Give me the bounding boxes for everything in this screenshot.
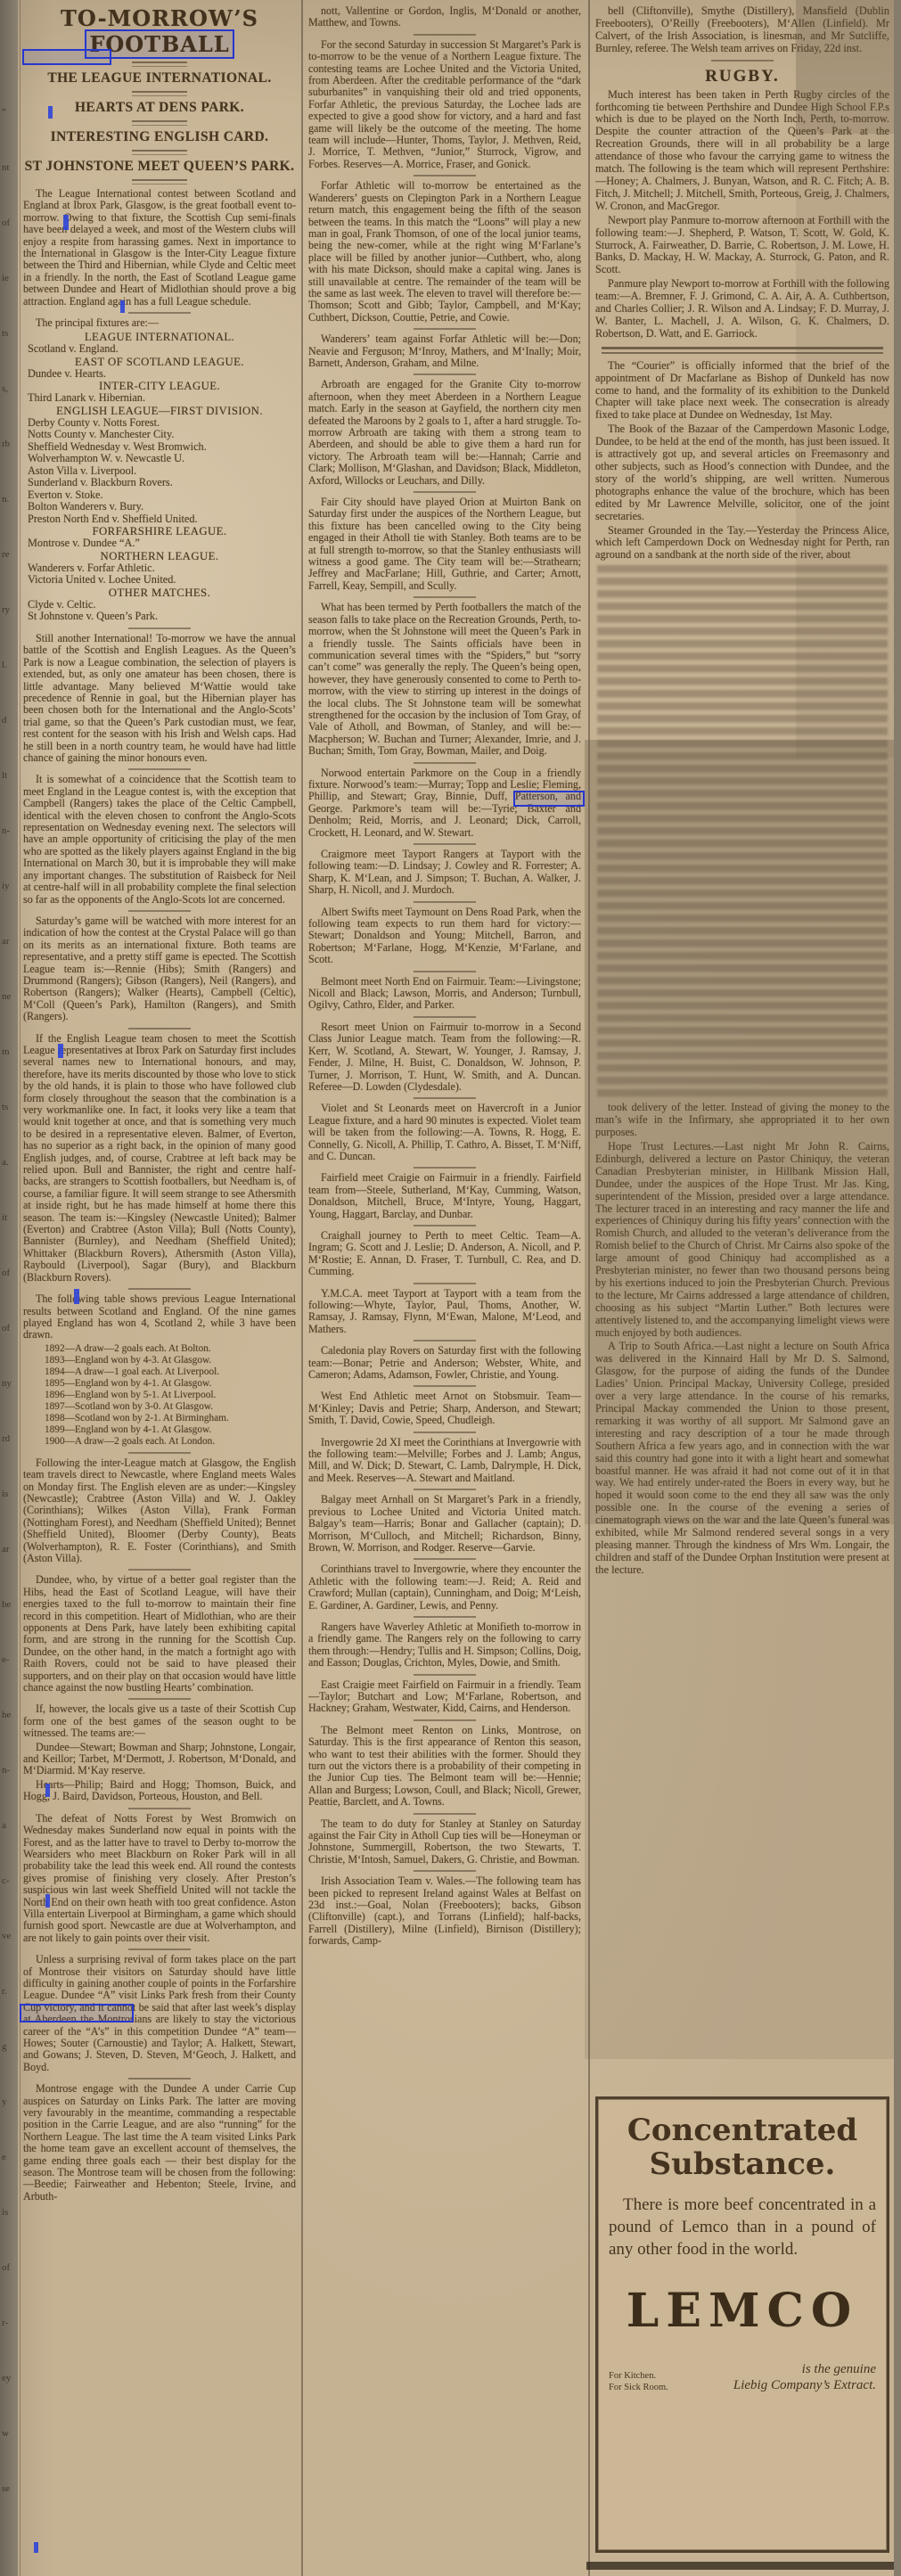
edge-text-fragment: it	[2, 1212, 7, 1223]
article-paragraph: Craigmore meet Tayport Rangers at Taypor…	[308, 849, 581, 897]
paragraph-divider	[414, 596, 476, 598]
search-highlight[interactable]	[34, 2542, 38, 2553]
ad-tagline-line1: is the genuine	[733, 2361, 876, 2377]
edge-text-fragment: nt	[2, 162, 10, 173]
subheadline: INTERESTING ENGLISH CARD.	[23, 129, 296, 145]
ad-footer: For Kitchen. For Sick Room. is the genui…	[609, 2361, 876, 2393]
paragraph-divider	[414, 762, 476, 764]
ad-heading-line1: Concentrated	[609, 2113, 876, 2147]
edge-text-fragment: r-	[2, 2318, 8, 2328]
headline-divider	[132, 91, 187, 96]
edge-text-fragment: n.	[2, 494, 9, 505]
league-heading: NORTHERN LEAGUE.	[23, 550, 296, 562]
result-line: 1892—A draw—2 goals each. At Bolton.	[23, 1343, 296, 1355]
edge-text-fragment: s,	[2, 383, 8, 394]
article-paragraph: The League International contest between…	[23, 188, 296, 308]
edge-text-fragment: of	[2, 217, 10, 228]
article-paragraph: Arbroath are engaged for the Granite Cit…	[308, 379, 581, 487]
search-highlight[interactable]	[45, 1784, 50, 1797]
article-paragraph: Albert Swifts meet Taymount on Dens Road…	[308, 907, 581, 966]
paragraph-divider	[414, 1432, 476, 1433]
edge-text-fragment: w	[2, 2428, 9, 2439]
article-paragraph: Dundee, who, by virtue of a better goal …	[23, 1574, 296, 1694]
edge-text-fragment: ar	[2, 1544, 10, 1555]
scan-edge-right	[894, 0, 901, 2576]
edge-text-fragment: r.	[2, 1986, 7, 1997]
article-paragraph: Fair City should have played Orion at Mu…	[308, 496, 581, 592]
edge-text-fragment: ve	[2, 1931, 11, 1941]
paragraph-divider	[414, 1674, 476, 1676]
league-heading: ENGLISH LEAGUE—FIRST DIVISION.	[23, 405, 296, 417]
subheadline: THE LEAGUE INTERNATIONAL.	[23, 70, 296, 86]
edge-text-fragment: lt	[2, 770, 7, 781]
ad-small-notes: For Kitchen. For Sick Room.	[609, 2370, 668, 2393]
column-middle: nott, Vallentine or Gordon, Inglis, M‘Do…	[308, 0, 581, 2576]
fixture-line: Preston North End v. Sheffield United.	[23, 513, 296, 526]
article-paragraph: Dundee—Stewart; Bowman and Sharp; Johnst…	[23, 1742, 296, 1777]
column-rule	[588, 0, 590, 2576]
ad-heading-line2: Substance.	[609, 2147, 876, 2181]
paragraph-divider	[128, 1569, 191, 1571]
search-highlight[interactable]	[74, 1289, 79, 1304]
paragraph-divider	[414, 1340, 476, 1341]
paragraph-divider	[128, 768, 191, 770]
ad-note-kitchen: For Kitchen.	[609, 2370, 668, 2382]
paragraph-divider	[414, 1616, 476, 1618]
edge-text-fragment: l.	[2, 660, 7, 670]
faded-illegible-text	[597, 565, 888, 1098]
subheadline: ST JOHNSTONE MEET QUEEN’S PARK.	[23, 159, 296, 175]
edge-text-fragment: c-	[2, 1875, 10, 1886]
edge-text-fragment: ts	[2, 328, 8, 339]
article-paragraph: What has been termed by Perth footballer…	[308, 602, 581, 757]
paragraph-divider	[414, 971, 476, 972]
result-line: 1900—A draw—2 goals each. At London.	[23, 1436, 296, 1448]
result-line: 1898—Scotland won by 2-1. At Birmingham.	[23, 1413, 296, 1424]
article-paragraph: Hope Trust Lectures.—Last night Mr John …	[595, 1141, 889, 1340]
article-paragraph: The Book of the Bazaar of the Camperdown…	[595, 423, 889, 522]
paragraph-divider	[414, 34, 476, 36]
article-paragraph: Panmure play Newport to-morrow at Forthi…	[595, 278, 889, 340]
search-highlight[interactable]	[48, 106, 53, 119]
search-highlight[interactable]	[58, 1044, 63, 1058]
league-heading: FORFARSHIRE LEAGUE.	[23, 525, 296, 537]
paragraph-divider	[414, 1097, 476, 1099]
paragraph-divider	[128, 1698, 191, 1700]
search-highlight[interactable]	[20, 2004, 134, 2022]
edge-text-fragment: ny	[2, 1378, 12, 1389]
fixture-line: Everton v. Stoke.	[23, 489, 296, 502]
paragraph-divider	[414, 1167, 476, 1169]
article-paragraph: Resort meet Union on Fairmuir to-morrow …	[308, 1021, 581, 1093]
paragraph-divider	[128, 910, 191, 912]
result-line: 1899—England won by 4-1. At Glasgow.	[23, 1424, 296, 1436]
league-heading: INTER-CITY LEAGUE.	[23, 380, 296, 392]
article-paragraph: The Belmont meet Renton on Links, Montro…	[308, 1725, 581, 1809]
edge-text-fragment: m	[2, 1046, 10, 1057]
result-line: 1896—England won by 5-1. At Liverpool.	[23, 1390, 296, 1401]
paragraph-divider	[414, 1225, 476, 1226]
edge-text-fragment: is	[2, 2207, 8, 2218]
article-paragraph: For the second Saturday in succession St…	[308, 39, 581, 170]
ad-body-text: There is more beef concentrated in a pou…	[609, 2194, 876, 2260]
result-line: 1897—Scotland won by 3-0. At Glasgow.	[23, 1401, 296, 1413]
fixture-line: Victoria United v. Lochee United.	[23, 574, 296, 587]
edge-text-fragment: is	[2, 1489, 8, 1499]
paragraph-divider	[128, 1288, 191, 1290]
article-paragraph: Craighall journey to Perth to meet Celti…	[308, 1230, 581, 1278]
article-paragraph: Balgay meet Arnhall on St Margaret’s Par…	[308, 1494, 581, 1554]
article-paragraph: A Trip to South Africa.—Last night a lec…	[595, 1341, 889, 1576]
headline-divider	[132, 150, 187, 155]
paragraph-divider	[414, 373, 476, 375]
article-paragraph: Violet and St Leonards meet on Havercrof…	[308, 1103, 581, 1162]
paragraph-divider	[128, 1808, 191, 1809]
column-left: TO-MORROW’S FOOTBALL THE LEAGUE INTERNAT…	[23, 0, 296, 2576]
edge-text-fragment: re	[2, 549, 10, 560]
edge-text-fragment: of	[2, 1323, 10, 1333]
edge-text-fragment: rd	[2, 1433, 10, 1444]
fixture-line: Bolton Wanderers v. Bury.	[23, 501, 296, 513]
article-paragraph: Still another International! To-morrow w…	[23, 633, 296, 764]
paragraph-divider	[128, 1948, 191, 1950]
paragraph-divider	[128, 1028, 191, 1030]
article-paragraph: Corinthians travel to Invergowrie, where…	[308, 1563, 581, 1612]
edge-text-fragment: ts	[2, 1102, 8, 1112]
article-paragraph: Invergowrie 2d XI meet the Corinthians a…	[308, 1437, 581, 1485]
article-paragraph: Much interest has been taken in Perth Ru…	[595, 89, 889, 213]
article-paragraph: Y.M.C.A. meet Tayport at Tayport with a …	[308, 1288, 581, 1336]
subheadline: HEARTS AT DENS PARK.	[23, 100, 296, 116]
article-paragraph: bell (Cliftonville), Smythe (Distillery)…	[595, 5, 889, 55]
fixture-line: Clyde v. Celtic.	[23, 599, 296, 611]
league-heading: EAST OF SCOTLAND LEAGUE.	[23, 356, 296, 368]
article-paragraph: Belmont meet North End on Fairmuir. Team…	[308, 976, 581, 1012]
edge-text-fragment: y	[2, 2096, 7, 2107]
paragraph-divider	[128, 628, 191, 629]
paragraph-divider	[711, 60, 774, 62]
article-paragraph: took delivery of the letter. Instead of …	[595, 1102, 889, 1139]
paragraph-divider	[414, 1016, 476, 1018]
scan-edge-left: ”ntofietss,rbn.reryl.dltn-iyarnemtsa.ito…	[0, 0, 18, 2576]
paragraph-divider	[414, 328, 476, 330]
fixture-line: Scotland v. England.	[23, 343, 296, 356]
search-highlight[interactable]	[22, 49, 111, 65]
edge-text-fragment: n-	[2, 1765, 10, 1776]
article-paragraph: Steamer Grounded in the Tay.—Yesterday t…	[595, 525, 889, 562]
paragraph-divider	[414, 1813, 476, 1815]
edge-text-fragment: se	[2, 2483, 10, 2494]
article-paragraph: Wanderers’ team against Forfar Athletic …	[308, 333, 581, 369]
article-paragraph: The defeat of Notts Forest by West Bromw…	[23, 1813, 296, 1944]
column-rule	[301, 0, 303, 2576]
ad-heading: Concentrated Substance.	[609, 2113, 876, 2181]
paragraph-divider	[128, 2078, 191, 2080]
edge-text-fragment: ”	[2, 107, 6, 118]
paragraph-divider	[414, 491, 476, 493]
edge-text-fragment: n-	[2, 825, 10, 836]
league-heading: LEAGUE INTERNATIONAL.	[23, 331, 296, 343]
edge-text-fragment: ey	[2, 2373, 11, 2383]
paragraph-divider	[414, 175, 476, 176]
paragraph-divider	[128, 312, 191, 314]
search-highlight[interactable]	[120, 300, 125, 313]
league-heading: OTHER MATCHES.	[23, 587, 296, 599]
paragraph-divider	[414, 1870, 476, 1872]
article-paragraph: nott, Vallentine or Gordon, Inglis, M‘Do…	[308, 5, 581, 29]
article-paragraph: Rangers have Waverley Athletic at Monifi…	[308, 1621, 581, 1669]
page-title-prefix: TO-MORROW’S	[61, 5, 258, 31]
article-paragraph: If, however, the locals give us a taste …	[23, 1703, 296, 1739]
search-highlight[interactable]	[513, 791, 585, 807]
headline-divider	[132, 120, 187, 126]
fixture-line: Notts County v. Manchester City.	[23, 429, 296, 441]
article-paragraph: Newport play Panmure to-morrow afternoon…	[595, 215, 889, 277]
search-highlight[interactable]	[45, 1894, 50, 1907]
article-paragraph: The following table shows previous Leagu…	[23, 1293, 296, 1341]
edge-text-fragment: rb	[2, 439, 10, 449]
article-paragraph: Hearts—Philip; Baird and Hogg; Thomson, …	[23, 1779, 296, 1803]
fixture-line: Sheffield Wednesday v. West Bromwich.	[23, 441, 296, 454]
search-highlight[interactable]	[63, 215, 69, 230]
paragraph-divider	[414, 1385, 476, 1387]
result-line: 1893—England won by 4-3. At Glasgow.	[23, 1355, 296, 1366]
result-line: 1895—England won by 4-1. At Glasgow.	[23, 1378, 296, 1390]
newspaper-page: ”ntofietss,rbn.reryl.dltn-iyarnemtsa.ito…	[0, 0, 901, 2576]
headline-divider	[132, 179, 187, 185]
headline-divider	[132, 62, 187, 67]
edge-text-fragment: of	[2, 2262, 10, 2273]
paragraph-divider	[414, 843, 476, 845]
result-line: 1894—A draw—1 goal each. At Liverpool.	[23, 1366, 296, 1378]
lemco-advertisement: Concentrated Substance. There is more be…	[595, 2096, 889, 2553]
section-heading: RUGBY.	[595, 67, 889, 86]
paragraph-divider	[414, 1558, 476, 1560]
edge-text-fragment: a.	[2, 1157, 9, 1168]
article-paragraph: Saturday’s game will be watched with mor…	[23, 915, 296, 1023]
article-paragraph: West End Athletic meet Arnot on Stobsmui…	[308, 1391, 581, 1426]
paragraph-divider	[128, 1452, 191, 1454]
fixture-line: Montrose v. Dundee “A.”	[23, 537, 296, 550]
edge-text-fragment: e-	[2, 1654, 10, 1665]
edge-text-fragment: ie	[2, 273, 9, 283]
edge-text-fragment: ne	[2, 991, 11, 1002]
article-paragraph: Following the inter-League match at Glas…	[23, 1457, 296, 1565]
column-rule	[20, 0, 20, 2576]
bottom-rule	[586, 2562, 901, 2570]
edge-text-fragment: ar	[2, 936, 10, 947]
article-paragraph: Fairfield meet Craigie on Fairmuir in a …	[308, 1172, 581, 1220]
article-paragraph: Forfar Athletic will to-morrow be entert…	[308, 180, 581, 324]
article-paragraph: Caledonia play Rovers on Saturday first …	[308, 1345, 581, 1381]
section-divider	[602, 347, 884, 354]
paragraph-divider	[414, 1283, 476, 1284]
edge-text-fragment: g	[2, 2041, 7, 2052]
edge-text-fragment: iy	[2, 881, 10, 891]
article-paragraph: The principal fixtures are:—	[23, 317, 296, 329]
ad-tagline: is the genuine Liebig Company’s Extract.	[733, 2361, 876, 2393]
article-paragraph: Irish Association Team v. Wales.—The fol…	[308, 1875, 581, 1947]
paragraph-divider	[414, 1489, 476, 1490]
edge-text-fragment: e	[2, 2152, 6, 2162]
fixture-line: Wanderers v. Forfar Athletic.	[23, 562, 296, 575]
article-paragraph: East Craigie meet Fairfield on Fairmuir …	[308, 1679, 581, 1715]
edge-text-fragment: a	[2, 1820, 6, 1831]
paragraph-divider	[414, 901, 476, 903]
edge-text-fragment: he	[2, 1599, 11, 1610]
article-paragraph: Montrose engage with the Dundee A under …	[23, 2083, 296, 2203]
edge-text-fragment: d	[2, 715, 7, 726]
fixture-line: St Johnstone v. Queen’s Park.	[23, 611, 296, 623]
article-paragraph: The team to do duty for Stanley at Stanl…	[308, 1818, 581, 1866]
fixture-line: Sunderland v. Blackburn Rovers.	[23, 477, 296, 489]
ad-tagline-line2: Liebig Company’s Extract.	[733, 2377, 876, 2393]
article-paragraph: It is somewhat of a coincidence that the…	[23, 774, 296, 905]
fixture-line: Dundee v. Hearts.	[23, 368, 296, 381]
edge-text-fragment: he	[2, 1710, 11, 1720]
article-paragraph: If the English League team chosen to mee…	[23, 1033, 296, 1284]
ad-note-sickroom: For Sick Room.	[609, 2382, 668, 2393]
paragraph-divider	[414, 1719, 476, 1721]
fixture-line: Wolverhampton W. v. Newcastle U.	[23, 453, 296, 465]
article-paragraph: The “Courier” is officially informed tha…	[595, 360, 889, 422]
ad-brand-lemco: LEMCO	[609, 2284, 876, 2338]
fixture-line: Third Lanark v. Hibernian.	[23, 392, 296, 405]
fixture-line: Aston Villa v. Liverpool.	[23, 465, 296, 478]
edge-text-fragment: ry	[2, 604, 10, 615]
fixture-line: Derby County v. Notts Forest.	[23, 417, 296, 430]
edge-text-fragment: of	[2, 1267, 10, 1278]
